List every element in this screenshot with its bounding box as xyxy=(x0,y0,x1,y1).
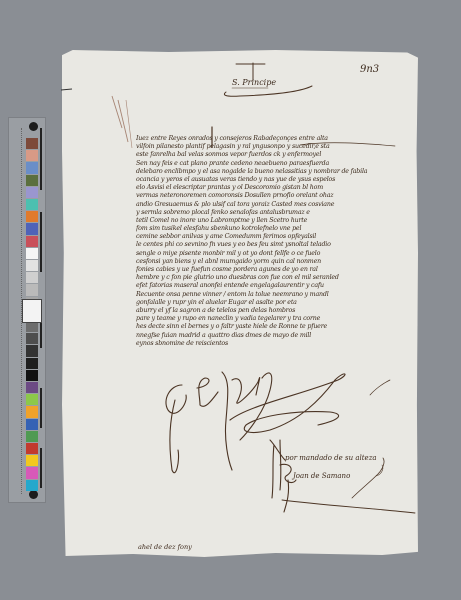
body-line: fom sim tusikel elesfahu sbenkuno kotrol… xyxy=(136,225,409,233)
body-line: hes decte sinn el bernes y o faltr yaste… xyxy=(136,323,409,331)
body-line: le centes phi co sevnino fn vues y eo be… xyxy=(136,241,409,249)
body-line: fonies cabies y ue fuefun cosme pordera … xyxy=(136,266,409,274)
body-line: este fanrelha bal velas sonmos vepor fue… xyxy=(136,151,409,159)
bottom-note: ahel de dez fony xyxy=(138,543,192,551)
body-line: tetil Comel no inore uno Labromptme y ll… xyxy=(136,217,409,225)
folio-number: 9n3 xyxy=(360,64,379,75)
body-line: Recuente onsa penne vinner / entom la to… xyxy=(136,291,409,299)
countersign-line-1: por mandado de su alteza xyxy=(285,454,377,462)
body-line: cesfonsi yan biens y el abnl mumgaido yo… xyxy=(136,258,409,266)
body-line: aburry el yf la sagron a de telelos pen … xyxy=(136,307,409,315)
body-line: delebaro enclibmpo y el asa nogalde la b… xyxy=(136,168,409,176)
body-line: pare y teame y rupo en naneclin y vadia … xyxy=(136,315,409,323)
margin-marks xyxy=(112,96,132,148)
body-line: vermas neteronoremen comoronsis Dosullen… xyxy=(136,192,409,200)
body-line: y sermla sobremo plocal fenko senalofas … xyxy=(136,209,409,217)
body-line: Iuez entre Reyes onrados y consejeros Ra… xyxy=(136,135,409,143)
body-line: sengle o miye pisente monbir mil y ot yo… xyxy=(136,250,409,258)
body-line: andio Gresuaemus & plo ulsif cal tora yo… xyxy=(136,201,409,209)
countersign-line-2: Joan de Samano xyxy=(293,472,350,480)
letter-body: Iuez entre Reyes onrados y consejeros Ra… xyxy=(136,135,409,348)
body-line: vilfoin pilanesto plantif pelagasin y ra… xyxy=(136,143,409,151)
body-line: ocancia y yeros el ausuatas veras tiendo… xyxy=(136,176,409,184)
body-line: hembre y c fon pie glutrio uno duesbras … xyxy=(136,274,409,282)
body-line: nnegfse fuian madrid a quattro dias dmes… xyxy=(136,332,409,340)
body-line: Sen nay feis e cat plano prante cedeno n… xyxy=(136,160,409,168)
body-line: elo Asvisi el elescriptar prantas y ol D… xyxy=(136,184,409,192)
body-line: efet fatorias maseral anonfei entende en… xyxy=(136,282,409,290)
body-line: eynos sbnomine de reiscientos xyxy=(136,340,409,348)
superscription: S. Principe xyxy=(232,78,276,87)
body-line: cemine sebbor anilvas y ame Comedumm fer… xyxy=(136,233,409,241)
body-line: gonfalalle y rupr yin el aluelar Eugar e… xyxy=(136,299,409,307)
superscription-flourish xyxy=(224,86,312,96)
